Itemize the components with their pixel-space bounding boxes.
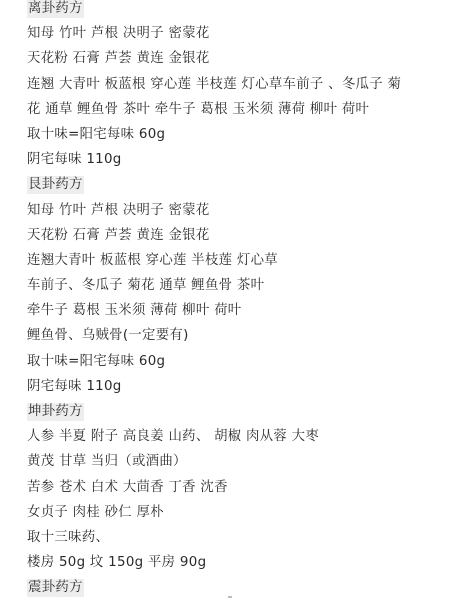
heading-text: 坤卦药方 [27, 403, 84, 421]
text-line: 取十味=阳宅每味 60g [27, 349, 447, 374]
text-line: 知母 竹叶 芦根 决明子 密蒙花 [27, 198, 447, 223]
text-line: 取十味=阳宅每味 60g [27, 122, 447, 147]
text-line: 人参 半夏 附子 高良姜 山药、 胡椒 肉从蓉 大枣 [27, 424, 447, 449]
section-heading-zhen: 震卦药方 [27, 575, 447, 599]
text-line: 连翘大青叶 板蓝根 穿心莲 半枝莲 灯心草 [27, 248, 447, 273]
heading-text: 艮卦药方 [27, 176, 84, 194]
section-heading-li: 离卦药方 [27, 0, 447, 21]
text-line: 知母 竹叶 芦根 决明子 密蒙花 [27, 21, 447, 46]
page-number-mark [228, 596, 232, 598]
text-line: 天花粉 石膏 芦荟 黄连 金银花 [27, 223, 447, 248]
text-line: 黄茂 甘草 当归（或酒曲） [27, 449, 447, 474]
text-line: 取十三味药、 [27, 525, 447, 550]
heading-text: 震卦药方 [27, 579, 84, 597]
text-line: 鲤鱼骨、乌贼骨(一定要有) [27, 323, 447, 348]
document-body: 离卦药方 知母 竹叶 芦根 决明子 密蒙花 天花粉 石膏 芦荟 黄连 金银花 连… [27, 0, 447, 599]
text-line: 楼房 50g 坟 150g 平房 90g [27, 550, 447, 575]
text-line: 女贞子 肉桂 砂仁 厚朴 [27, 500, 447, 525]
text-line: 阴宅每味 110g [27, 374, 447, 399]
section-heading-gen: 艮卦药方 [27, 172, 447, 197]
text-line: 牵牛子 葛根 玉米须 薄荷 柳叶 荷叶 [27, 298, 447, 323]
section-heading-kun: 坤卦药方 [27, 399, 447, 424]
text-line: 苦参 苍术 白术 大茴香 丁香 沈香 [27, 475, 447, 500]
text-line: 阴宅每味 110g [27, 147, 447, 172]
text-line: 车前子、冬瓜子 菊花 通草 鲤鱼骨 茶叶 [27, 273, 447, 298]
heading-text: 离卦药方 [27, 0, 84, 18]
text-line: 天花粉 石膏 芦荟 黄连 金银花 [27, 46, 447, 71]
text-line: 花 通草 鲤鱼骨 茶叶 牵牛子 葛根 玉米须 薄荷 柳叶 荷叶 [27, 97, 447, 122]
text-line: 连翘 大青叶 板蓝根 穿心莲 半枝莲 灯心草车前子 、冬瓜子 菊 [27, 72, 447, 97]
